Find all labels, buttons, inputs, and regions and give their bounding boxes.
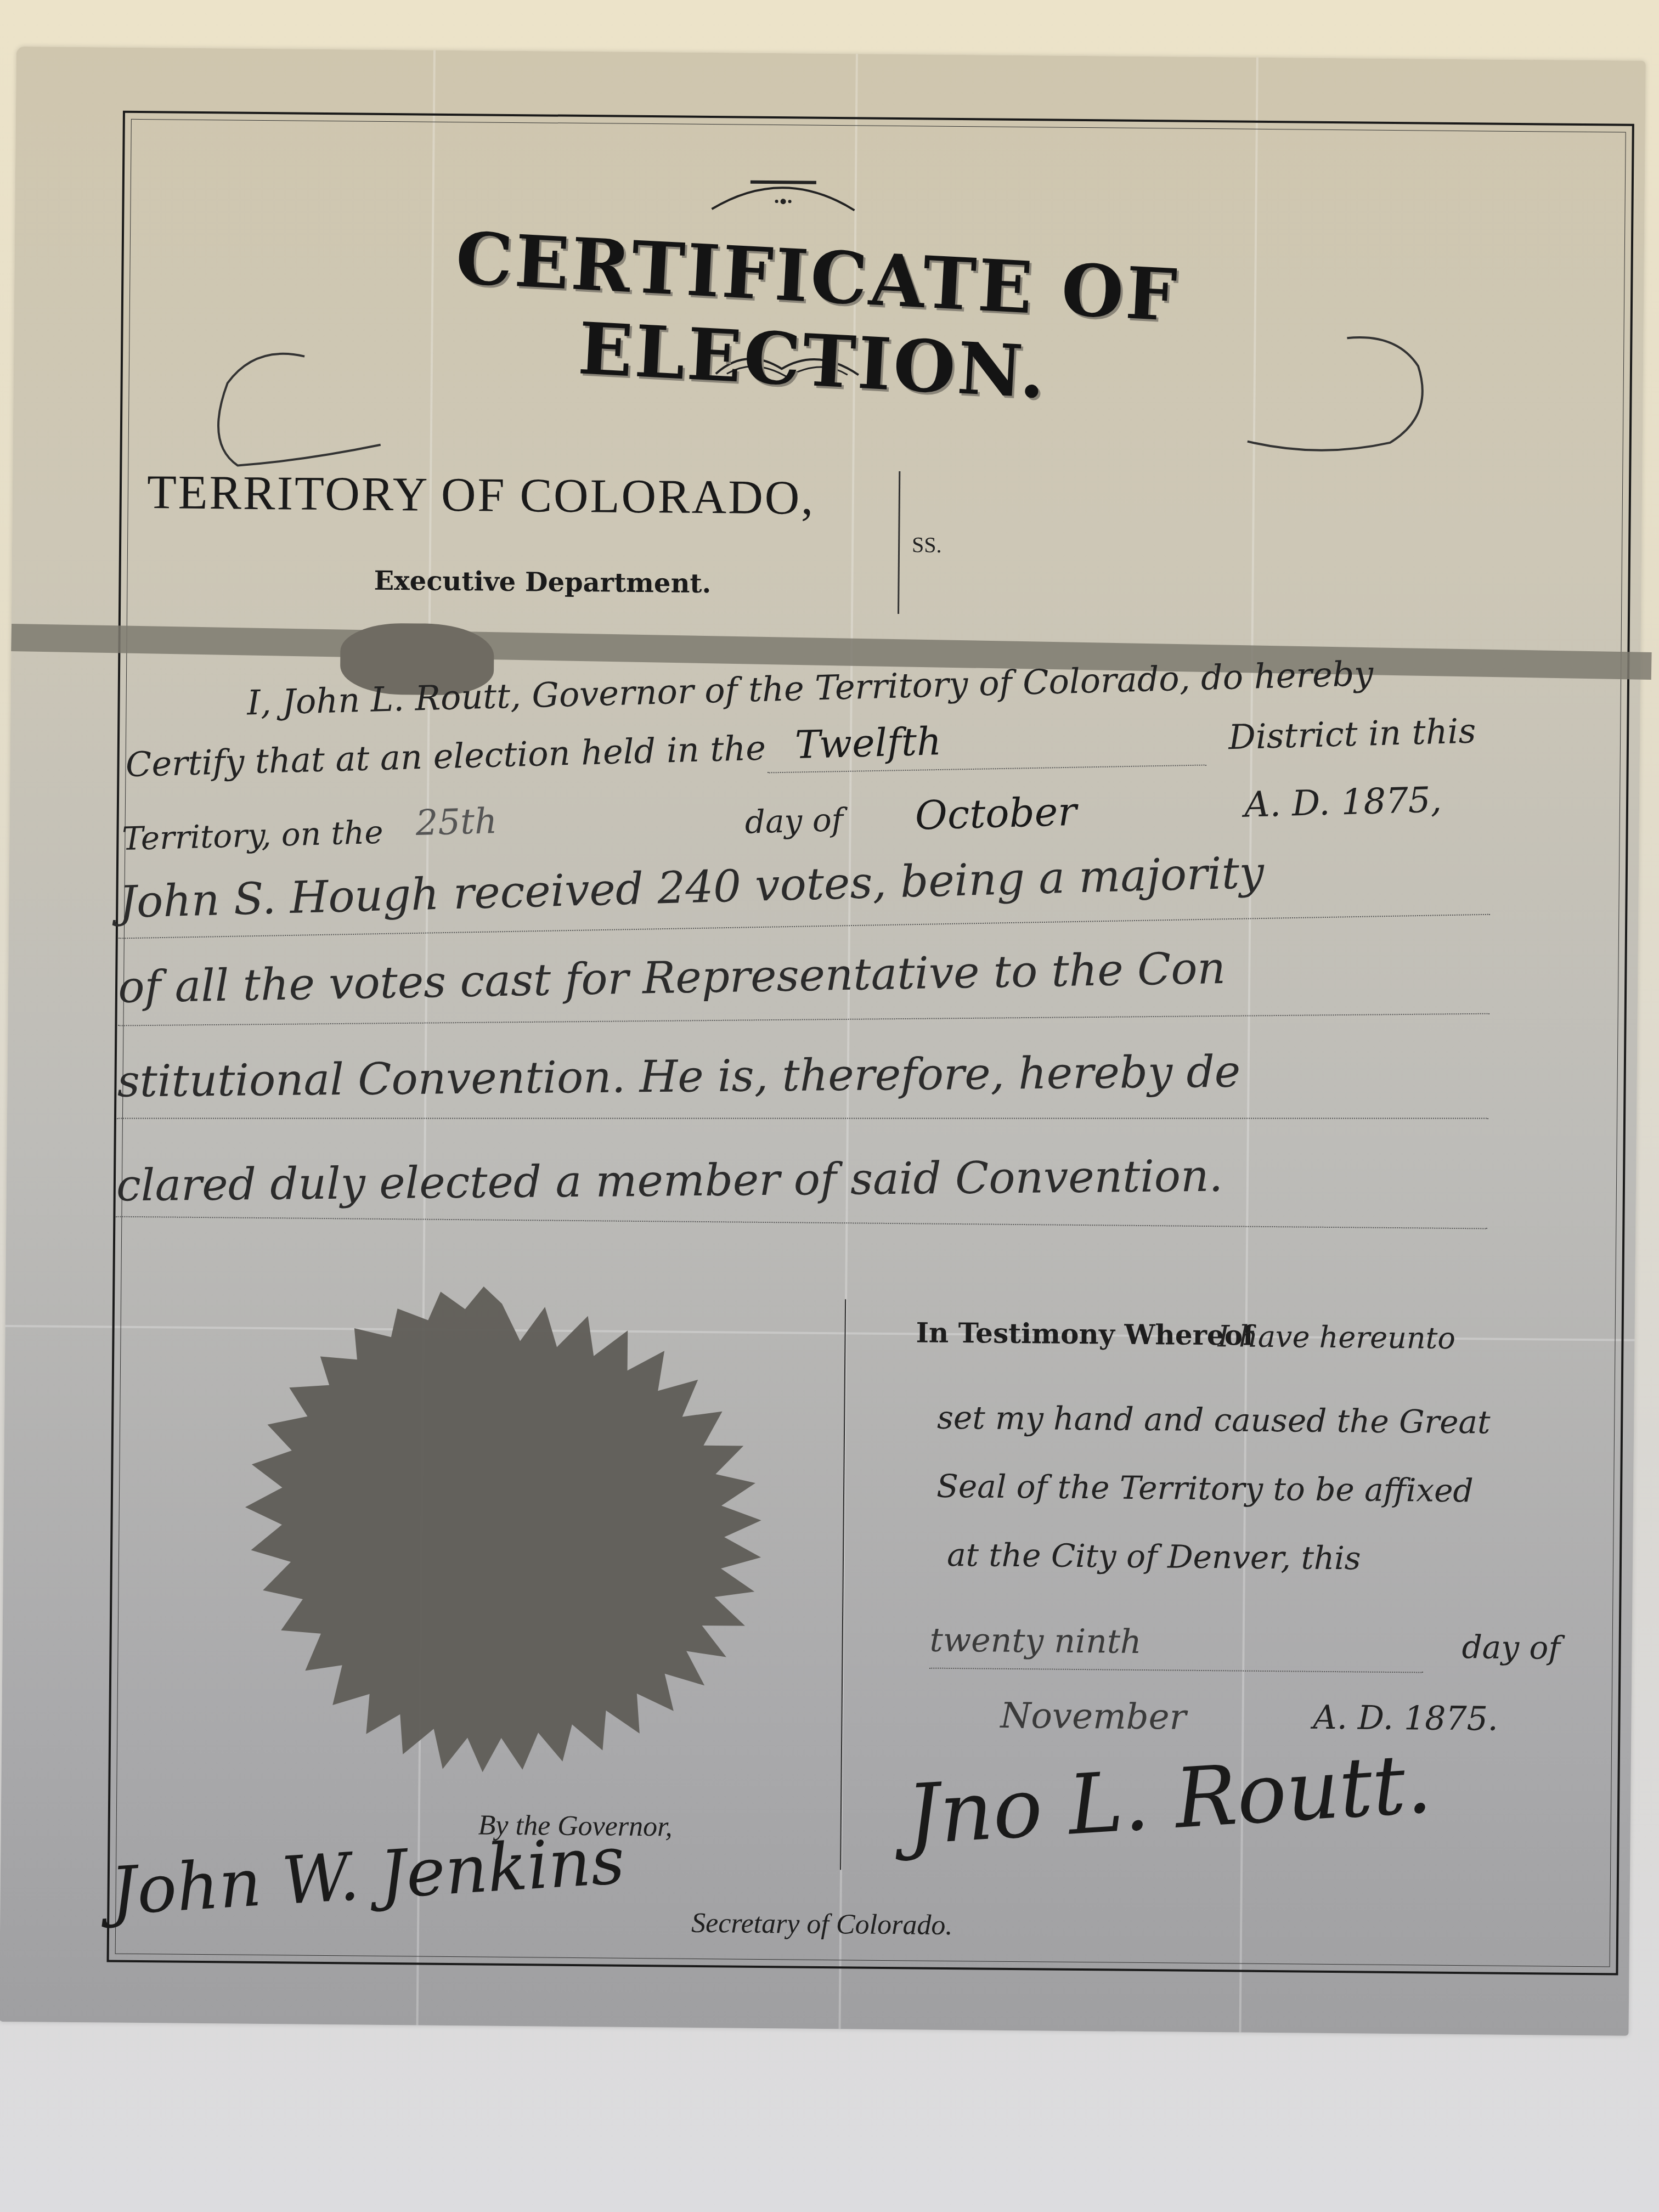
body-line-3-prefix: Territory, on the bbox=[122, 814, 384, 857]
testimony-line-3: Seal of the Territory to be affixed bbox=[936, 1468, 1474, 1510]
secretary-title: Secretary of Colorado. bbox=[691, 1907, 953, 1942]
ss-label: SS. bbox=[912, 532, 942, 557]
election-month-field: October bbox=[915, 788, 1077, 839]
department-heading: Executive Department. bbox=[374, 566, 711, 599]
body-line-3-year: A. D. 1875, bbox=[1244, 780, 1442, 825]
signing-day-field: twenty ninth bbox=[929, 1621, 1142, 1661]
top-ornament-icon bbox=[701, 171, 866, 216]
testimony-line-2: set my hand and caused the Great bbox=[937, 1399, 1491, 1441]
district-field: Twelfth bbox=[794, 719, 942, 768]
testimony-lead: In Testimony Whereof bbox=[916, 1316, 1255, 1351]
testimony-line-4: at the City of Denver, this bbox=[947, 1536, 1361, 1577]
body-line-6: stitutional Convention. He is, therefore… bbox=[117, 1046, 1240, 1107]
testimony-line-1: I have hereunto bbox=[1217, 1319, 1455, 1356]
testimony-dayof: day of bbox=[1462, 1628, 1560, 1667]
body-line-3-dayof: day of bbox=[744, 801, 844, 841]
jurisdiction-heading: TERRITORY OF COLORADO, bbox=[146, 465, 815, 526]
signing-month-field: November bbox=[1000, 1696, 1186, 1738]
writing-rule bbox=[117, 1118, 1488, 1119]
body-line-7: clared duly elected a member of said Con… bbox=[116, 1150, 1223, 1211]
certificate-paper: CERTIFICATE OF ELECTION. TERRITORY OF CO… bbox=[0, 47, 1646, 2036]
testimony-year: A. D. 1875. bbox=[1313, 1699, 1498, 1739]
body-line-2-suffix: District in this bbox=[1228, 710, 1476, 757]
election-day-field: 25th bbox=[415, 801, 498, 844]
great-seal-icon bbox=[190, 1228, 810, 1848]
